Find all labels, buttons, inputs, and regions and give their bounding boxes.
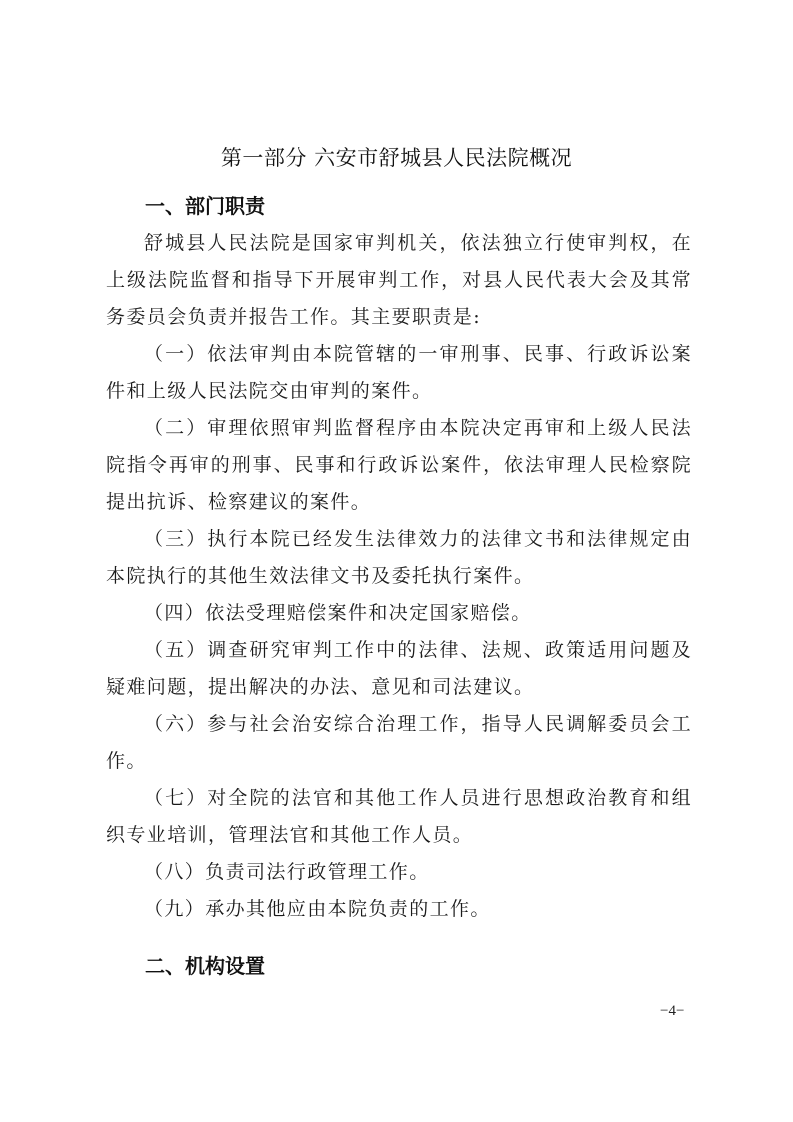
- duty-item-7: （七）对全院的法官和其他工作人员进行思想政治教育和组织专业培训，管理法官和其他工…: [106, 780, 692, 854]
- section-body-duties: 舒城县人民法院是国家审判机关，依法独立行使审判权，在上级法院监督和指导下开展审判…: [106, 225, 692, 928]
- document-page: 第一部分 六安市舒城县人民法院概况 一、部门职责 舒城县人民法院是国家审判机关，…: [0, 0, 793, 1122]
- duty-item-2: （二）审理依照审判监督程序由本院决定再审和上级人民法院指令再审的刑事、民事和行政…: [106, 410, 692, 521]
- intro-paragraph: 舒城县人民法院是国家审判机关，依法独立行使审判权，在上级法院监督和指导下开展审判…: [106, 225, 692, 336]
- page-number: −4−: [660, 1003, 684, 1020]
- duty-item-8: （八）负责司法行政管理工作。: [106, 854, 692, 891]
- section-heading-duties: 一、部门职责: [145, 190, 265, 219]
- document-title: 第一部分 六安市舒城县人民法院概况: [0, 142, 793, 172]
- duty-item-1: （一）依法审判由本院管辖的一审刑事、民事、行政诉讼案件和上级人民法院交由审判的案…: [106, 336, 692, 410]
- section-heading-organization: 二、机构设置: [145, 950, 265, 979]
- duty-item-5: （五）调查研究审判工作中的法律、法规、政策适用问题及疑难问题，提出解决的办法、意…: [106, 632, 692, 706]
- duty-item-3: （三）执行本院已经发生法律效力的法律文书和法律规定由本院执行的其他生效法律文书及…: [106, 521, 692, 595]
- duty-item-9: （九）承办其他应由本院负责的工作。: [106, 891, 692, 928]
- duty-item-4: （四）依法受理赔偿案件和决定国家赔偿。: [106, 595, 692, 632]
- duty-item-6: （六）参与社会治安综合治理工作，指导人民调解委员会工作。: [106, 706, 692, 780]
